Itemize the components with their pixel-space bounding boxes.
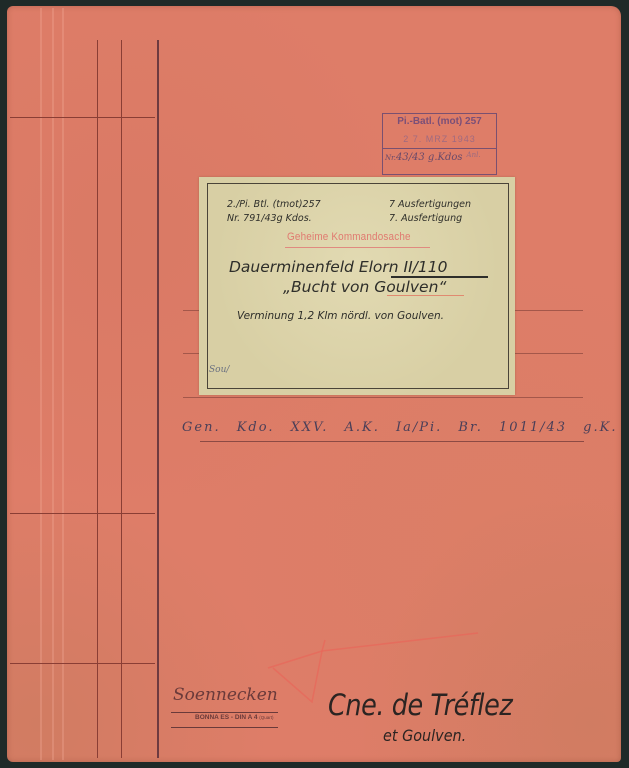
crease-mark [62,8,64,760]
grid-vertical-line [97,40,98,758]
copy-number: 7. Ausfertigung [389,213,462,224]
ruled-line [183,397,583,398]
minefield-description: Verminung 1,2 Klm nördl. von Goulven. [237,310,444,322]
receipt-stamp: Pi.-Batl. (mot) 257 2 7. MRZ 1943 Nr.43/… [382,113,497,175]
place-name-line2: et Goulven. [383,726,466,745]
stamp-attachments: Anl. [467,151,481,159]
classification-underline [285,247,430,248]
stamp-number: 43/43 g.Kdos [396,152,463,163]
handwritten-reference: Gen. Kdo. XXV. A.K. Ia/Pi. Br. 1011/43 g… [182,420,617,435]
document-label: 2./Pi. Btl. (tmot)257 Nr. 791/43g Kdos. … [199,177,515,395]
reference-underline [200,441,584,442]
minefield-title: Dauerminenfeld Elorn II/110 [229,258,447,276]
grid-vertical-thick-line [157,40,159,758]
stamp-number-prefix: Nr. [385,154,396,162]
document-number: Nr. 791/43g Kdos. [227,213,312,224]
grid-horizontal-line [10,117,155,118]
maker-model-suffix: (Quart) [259,715,273,720]
handwritten-initials: Sou/ [209,365,229,375]
stamp-number-row: Nr.43/43 g.KdosAnl. [385,152,481,163]
maker-underline [171,727,278,728]
copies-total: 7 Ausfertigungen [389,199,471,210]
location-underline [387,295,464,296]
grid-horizontal-line [10,663,155,664]
minefield-location: „Bucht von Goulven“ [283,278,446,296]
grid-vertical-line [121,40,122,758]
place-name-line1: Cne. de Tréflez [328,688,512,722]
stamp-date: 2 7. MRZ 1943 [383,134,496,144]
classification-stamp: Geheime Kommandosache [287,231,411,243]
crease-mark [40,8,42,760]
grid-horizontal-line [10,513,155,514]
maker-brand: Soennecken [173,685,278,705]
unit-line: 2./Pi. Btl. (tmot)257 [227,199,321,210]
stamp-unit: Pi.-Batl. (mot) 257 [383,116,496,127]
crease-mark [52,8,54,760]
maker-model-line: BONNA ES - DIN A 4 [195,714,257,721]
stamp-divider [383,148,496,149]
maker-model: BONNA ES - DIN A 4 (Quart) [195,714,274,721]
maker-underline [171,712,278,713]
